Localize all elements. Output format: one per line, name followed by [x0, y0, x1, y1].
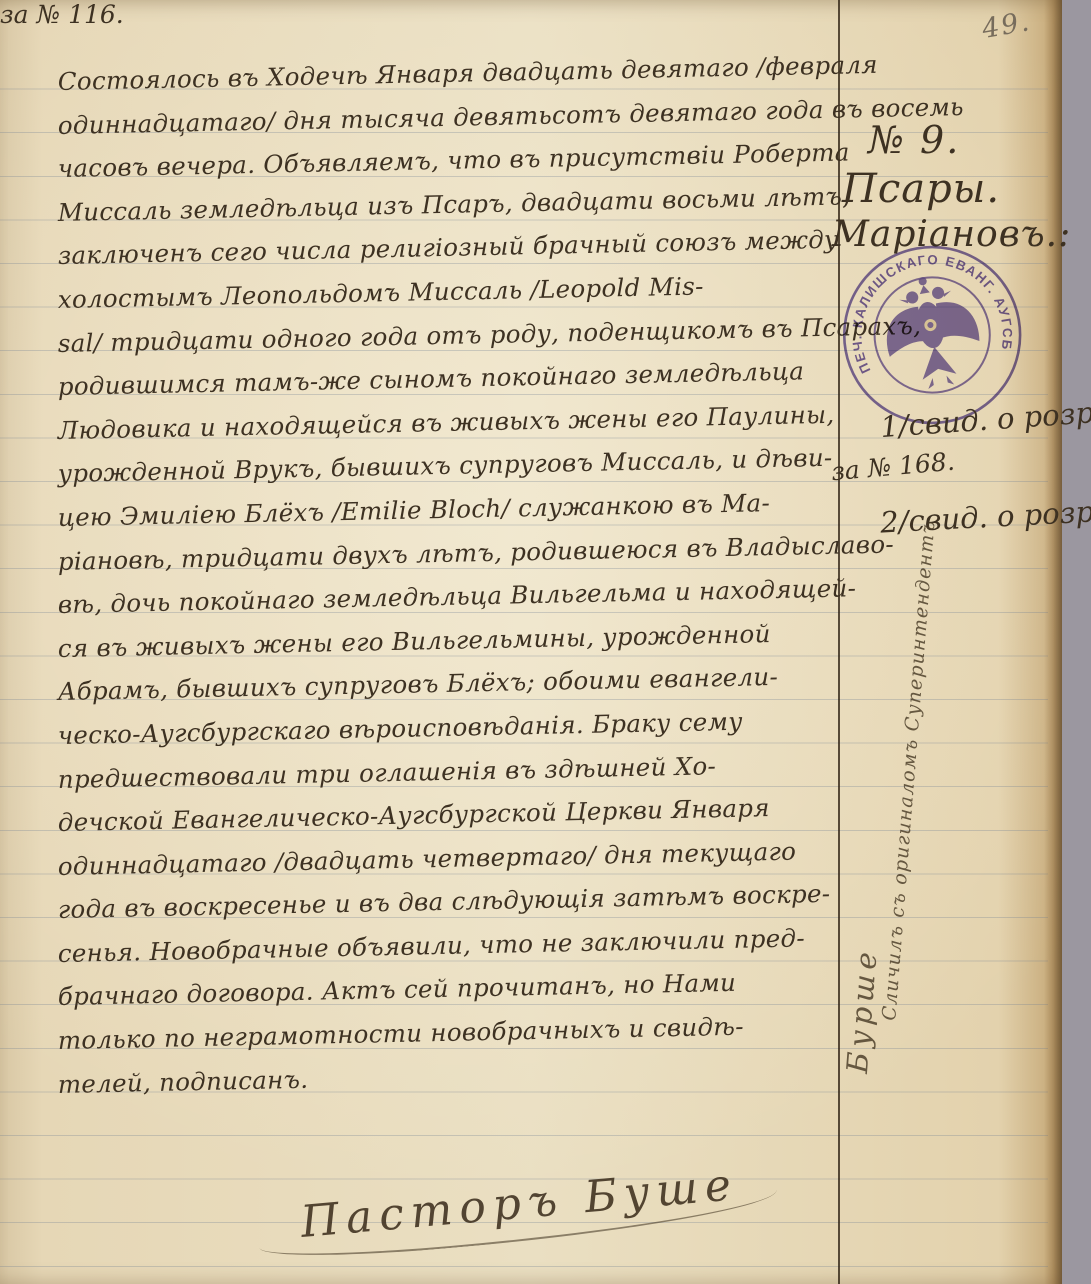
place-name-psary: Псары. — [842, 166, 1000, 212]
scanned-register-page: ю.—в-зже-юрм—щчвн-ъ-с 49. Состоялось въ … — [0, 0, 1091, 1284]
margin-annotation-line: за № 116. — [0, 0, 124, 29]
record-body-text: Состоялось въ Ходечѣ Января двадцать дев… — [58, 60, 842, 1106]
record-number: № 9. — [868, 118, 960, 162]
page-right-edge — [1044, 0, 1062, 1284]
